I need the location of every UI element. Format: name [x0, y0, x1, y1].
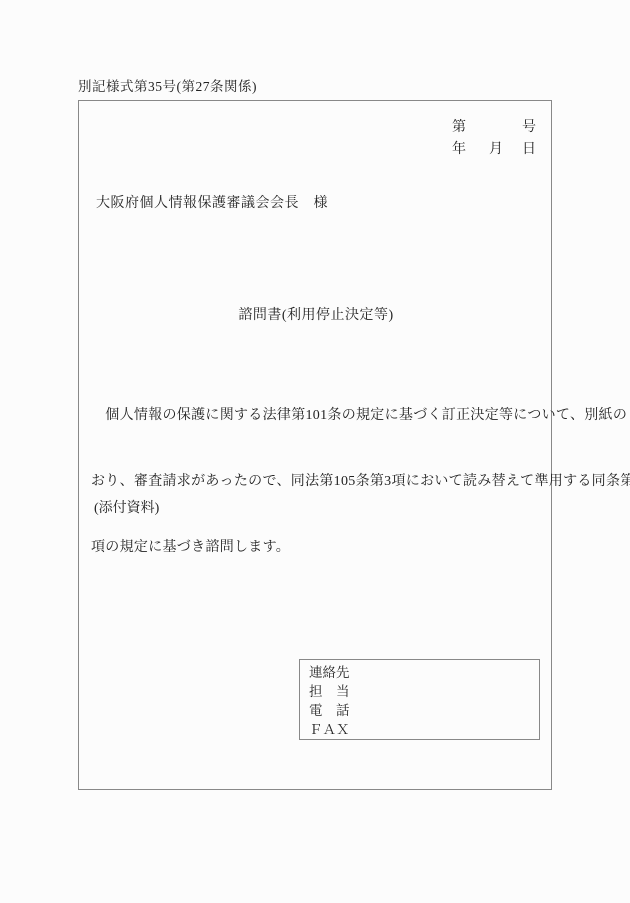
doc-number-prefix: 第	[452, 116, 466, 136]
contact-fax-label: ＦＡＸ	[309, 720, 539, 739]
date-day-label: 日	[522, 138, 536, 158]
contact-phone-label: 電 話	[309, 701, 539, 720]
document-title: 諮問書(利用停止決定等)	[79, 304, 553, 324]
body-paragraph: 個人情報の保護に関する法律第101条の規定に基づく訂正決定等について、別紙のと …	[91, 361, 630, 603]
date-year-label: 年	[452, 138, 466, 158]
addressee-line: 大阪府個人情報保護審議会会長 様	[96, 192, 328, 212]
document-border-box: 第 号 年 月 日 大阪府個人情報保護審議会会長 様 諮問書(利用停止決定等) …	[78, 100, 552, 790]
doc-number-suffix: 号	[522, 116, 536, 136]
contact-label: 連絡先	[309, 663, 539, 682]
attachments-label: (添付資料)	[94, 497, 159, 517]
document-page: 別記様式第35号(第27条関係) 第 号 年 月 日 大阪府個人情報保護審議会会…	[0, 0, 630, 903]
form-style-label: 別記様式第35号(第27条関係)	[78, 75, 257, 95]
date-month-label: 月	[489, 138, 503, 158]
body-line: おり、審査請求があったので、同法第105条第3項において読み替えて準用する同条第…	[91, 471, 630, 493]
contact-info-box: 連絡先 担 当 電 話 ＦＡＸ	[299, 659, 540, 740]
contact-person-label: 担 当	[309, 682, 539, 701]
body-line: 項の規定に基づき諮問します。	[91, 537, 630, 559]
body-line: 個人情報の保護に関する法律第101条の規定に基づく訂正決定等について、別紙のと	[91, 405, 630, 427]
